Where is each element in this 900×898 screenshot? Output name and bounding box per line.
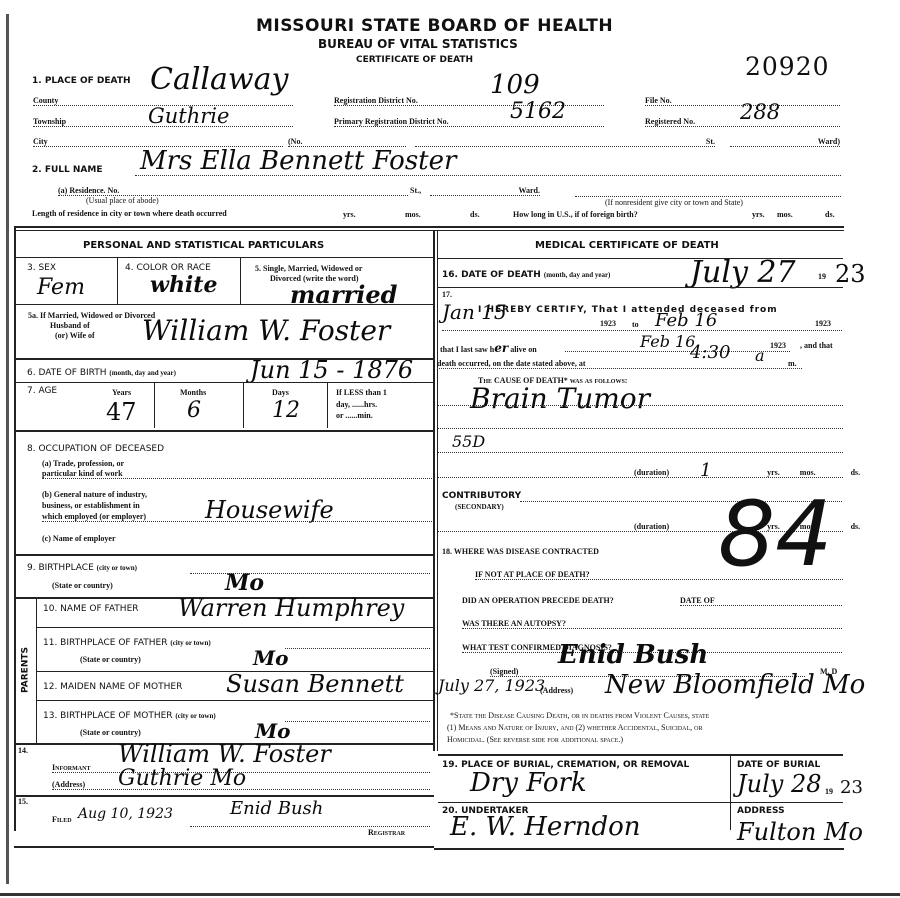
cause-value: Brain Tumor bbox=[470, 382, 650, 415]
place-of-death-label: 1. PLACE OF DEATH bbox=[32, 76, 131, 86]
stamp-code: 84 bbox=[718, 490, 833, 580]
less-than-label-3: or ......min. bbox=[336, 411, 373, 420]
secondary-label: (SECONDARY) bbox=[455, 503, 504, 511]
full-name-label: 2. FULL NAME bbox=[32, 165, 102, 175]
age-years-value: 47 bbox=[106, 398, 137, 426]
dob-value: Jun 15 - 1876 bbox=[250, 356, 413, 384]
scan-edge bbox=[6, 14, 9, 884]
dod-year: 23 bbox=[835, 260, 866, 288]
filed-label: Filed bbox=[52, 815, 72, 824]
birthplace-state-label: (State or country) bbox=[52, 581, 113, 590]
physician-address-label: (Address) bbox=[540, 686, 573, 695]
burial-divider bbox=[730, 756, 731, 830]
personal-title-rule bbox=[14, 257, 434, 258]
parents-side-label: PARENTS bbox=[21, 643, 31, 698]
mother-birthplace-label: 13. BIRTHPLACE OF MOTHER (city or town) bbox=[43, 711, 216, 721]
age-label: 7. AGE bbox=[27, 386, 57, 396]
sex-race-divider bbox=[117, 257, 118, 304]
less-than-label-2: day, ......hrs. bbox=[336, 400, 377, 409]
registrar-label: Registrar bbox=[368, 828, 405, 837]
operation-label: DID AN OPERATION PRECEDE DEATH? bbox=[462, 596, 614, 605]
residence-ds: ds. bbox=[470, 210, 480, 219]
serial-number: 20920 bbox=[745, 52, 830, 81]
county-value: Callaway bbox=[150, 62, 288, 97]
residence-st-label: St., bbox=[410, 186, 421, 195]
bottom-rule-right bbox=[434, 848, 844, 850]
dod-label: 16. DATE OF DEATH (month, day and year) bbox=[442, 270, 610, 280]
residence-mos: mos. bbox=[405, 210, 421, 219]
father-state-label: (State or country) bbox=[80, 655, 141, 664]
township-label: Township bbox=[33, 117, 293, 127]
registration-district-value: 109 bbox=[490, 70, 540, 100]
father-birthplace-line bbox=[285, 648, 430, 649]
medical-rule-1 bbox=[438, 287, 843, 288]
duration-label-1: (duration)yrs.mos.ds. bbox=[438, 468, 843, 478]
burial-year: 23 bbox=[840, 777, 863, 798]
physician-address: New Bloomfield Mo bbox=[605, 670, 865, 700]
footnote-1: *State the Disease Causing Death, or in … bbox=[450, 711, 709, 720]
undertaker-address-label: ADDRESS bbox=[737, 806, 785, 816]
informant-value: William W. Foster bbox=[118, 740, 331, 768]
foreign-birth-label: How long in U.S., if of foreign birth? bbox=[513, 210, 638, 219]
occ-b-label-1: (b) General nature of industry, bbox=[42, 490, 147, 499]
autopsy-label: WAS THERE AN AUTOPSY? bbox=[462, 619, 842, 629]
row-rule-8 bbox=[14, 795, 434, 797]
dod-value: July 27 bbox=[690, 255, 796, 290]
full-name-value: Mrs Ella Bennett Foster bbox=[140, 146, 456, 176]
last-saw-label: that I last saw her alive on bbox=[440, 341, 537, 355]
city-ward-label: Ward) bbox=[730, 137, 840, 147]
and-that-label: , and that bbox=[800, 341, 833, 350]
m-label: m. bbox=[788, 359, 797, 368]
spouse-value: William W. Foster bbox=[142, 314, 390, 347]
parents-rule-3 bbox=[37, 700, 433, 701]
last-saw-date: Feb 16 bbox=[640, 332, 695, 351]
death-ampm: a bbox=[755, 346, 765, 365]
years-label: Years bbox=[112, 388, 131, 397]
foreign-yrs: yrs. bbox=[752, 210, 765, 219]
mother-value: Susan Bennett bbox=[226, 670, 404, 698]
age-div-1 bbox=[154, 383, 155, 428]
row-rule-5 bbox=[14, 554, 434, 556]
occ-b-value: Housewife bbox=[205, 496, 334, 524]
dod-year-prefix: 19 bbox=[818, 272, 826, 281]
occ-a-label-2: particular kind of work bbox=[42, 469, 432, 479]
duration-value: 1 bbox=[700, 460, 711, 481]
scan-bottom-edge bbox=[0, 893, 900, 896]
attended-line bbox=[442, 330, 842, 331]
where-contracted-label: 18. WHERE WAS DISEASE CONTRACTED bbox=[442, 547, 599, 556]
divider-top-2 bbox=[14, 230, 844, 231]
spouse-label-1: 5a. If Married, Widowed or Divorced bbox=[28, 311, 155, 320]
physician-signature: Enid Bush bbox=[558, 640, 708, 670]
footnote-3: Homicidal. (See reverse side for additio… bbox=[447, 735, 623, 744]
marital-label: 5. Single, Married, Widowed or bbox=[255, 264, 362, 273]
left-border bbox=[14, 226, 16, 831]
informant-address-value: Guthrie Mo bbox=[118, 766, 246, 791]
age-div-2 bbox=[243, 383, 244, 428]
parents-rule-1 bbox=[37, 627, 433, 628]
attended-to-year: 1923 bbox=[815, 319, 831, 328]
spouse-label-3: (or) Wife of bbox=[55, 331, 95, 340]
sex-label: 3. SEX bbox=[27, 263, 56, 273]
filed-date: Aug 10, 1923 bbox=[78, 806, 173, 822]
nonresident-note: (If nonresident give city or town and St… bbox=[605, 198, 743, 207]
certify-text: I HEREBY CERTIFY, That I attended deceas… bbox=[478, 305, 778, 315]
filed-num: 15. bbox=[18, 797, 28, 806]
death-occurred-label: death occurred, on the date stated above… bbox=[437, 359, 802, 369]
burial-date-label: DATE OF BURIAL bbox=[737, 760, 820, 770]
burial-year-prefix: 19 bbox=[825, 787, 833, 796]
informant-num: 14. bbox=[18, 746, 28, 755]
undertaker-address-value: Fulton Mo bbox=[737, 818, 863, 846]
age-div-3 bbox=[327, 383, 328, 428]
occ-a-label-1: (a) Trade, profession, or bbox=[42, 459, 124, 468]
registrar-line bbox=[190, 826, 430, 827]
registered-no-value: 288 bbox=[740, 100, 780, 124]
medical-section-title: MEDICAL CERTIFICATE OF DEATH bbox=[535, 240, 719, 251]
cause-line-1 bbox=[438, 405, 843, 406]
residence-yrs: yrs. bbox=[343, 210, 356, 219]
father-birthplace-value: Mo bbox=[253, 646, 288, 670]
bottom-rule-left bbox=[14, 846, 434, 848]
certificate-heading: CERTIFICATE OF DEATH bbox=[356, 55, 473, 65]
father-birthplace-label: 11. BIRTHPLACE OF FATHER (city or town) bbox=[43, 638, 211, 648]
occ-c-label: (c) Name of employer bbox=[42, 534, 116, 543]
footnote-2: (1) Means and Nature of Injury, and (2) … bbox=[447, 723, 703, 732]
months-label: Months bbox=[180, 388, 206, 397]
father-value: Warren Humphrey bbox=[178, 594, 404, 622]
contributory-label: CONTRIBUTORY bbox=[442, 491, 521, 501]
center-divider bbox=[433, 231, 435, 751]
race-marital-divider bbox=[240, 257, 241, 304]
occupation-label: 8. OCCUPATION OF DECEASED bbox=[27, 444, 164, 454]
burial-date-value: July 28 bbox=[737, 770, 821, 798]
birthplace-label: 9. BIRTHPLACE (city or town) bbox=[27, 563, 137, 573]
document-subtitle: BUREAU OF VITAL STATISTICS bbox=[318, 37, 518, 51]
usual-abode-note: (Usual place of abode) bbox=[86, 196, 159, 205]
document-title: MISSOURI STATE BOARD OF HEALTH bbox=[256, 16, 613, 36]
foreign-ds: ds. bbox=[825, 210, 835, 219]
mother-label: 12. MAIDEN NAME OF MOTHER bbox=[43, 682, 182, 692]
attended-to-value: Feb 16 bbox=[655, 310, 717, 331]
personal-section-title: PERSONAL AND STATISTICAL PARTICULARS bbox=[83, 240, 324, 251]
race-value: white bbox=[150, 272, 217, 298]
foreign-mos: mos. bbox=[777, 210, 793, 219]
birthplace-value: Mo bbox=[225, 570, 264, 596]
row-rule-3 bbox=[14, 382, 434, 383]
center-divider-2 bbox=[437, 231, 438, 751]
age-months-value: 6 bbox=[187, 398, 201, 423]
divider-top bbox=[14, 226, 844, 228]
mother-state-label: (State or country) bbox=[80, 728, 141, 737]
undertaker-value: E. W. Herndon bbox=[450, 812, 641, 842]
mother-birthplace-line bbox=[285, 721, 430, 722]
burial-place-value: Dry Fork bbox=[470, 768, 587, 798]
burial-top-rule bbox=[438, 754, 843, 756]
city-st-label: St. bbox=[415, 137, 715, 147]
length-of-residence-label: Length of residence in city or town wher… bbox=[32, 209, 227, 218]
nonresident-line bbox=[575, 196, 841, 197]
last-saw-year: 1923 bbox=[770, 341, 786, 350]
cause-code: 55D bbox=[452, 432, 485, 451]
father-label: 10. NAME OF FATHER bbox=[43, 604, 139, 614]
primary-registration-value: 5162 bbox=[510, 99, 566, 124]
row-rule-4 bbox=[14, 430, 434, 432]
residence-label: (a) Residence. No. bbox=[58, 186, 408, 196]
cause-line-3 bbox=[438, 452, 843, 453]
days-label: Days bbox=[272, 388, 289, 397]
attended-from-year: 1923 bbox=[600, 319, 616, 328]
to-label: to bbox=[632, 320, 639, 329]
certify-num: 17. bbox=[442, 290, 452, 299]
burial-mid-rule bbox=[438, 802, 843, 803]
operation-date-label: DATE OF bbox=[680, 596, 842, 606]
dob-label: 6. DATE OF BIRTH (month, day and year) bbox=[27, 368, 176, 378]
registrar-signature: Enid Bush bbox=[230, 798, 323, 819]
cause-line-2 bbox=[438, 428, 843, 429]
attended-from-value: Jan 15 bbox=[442, 300, 507, 324]
spouse-label-2: Husband of bbox=[50, 321, 90, 330]
signed-date: July 27, 1923 bbox=[438, 676, 545, 695]
age-days-value: 12 bbox=[272, 398, 300, 423]
not-at-place-label: IF NOT AT PLACE OF DEATH? bbox=[475, 570, 843, 580]
death-time: 4:30 bbox=[690, 342, 730, 363]
sex-value: Fem bbox=[37, 275, 85, 300]
row-rule-1 bbox=[14, 304, 434, 305]
occ-b-label-2: business, or establishment in bbox=[42, 501, 140, 510]
less-than-label-1: If LESS than 1 bbox=[336, 388, 387, 397]
residence-ward-label: Ward. bbox=[430, 186, 540, 196]
